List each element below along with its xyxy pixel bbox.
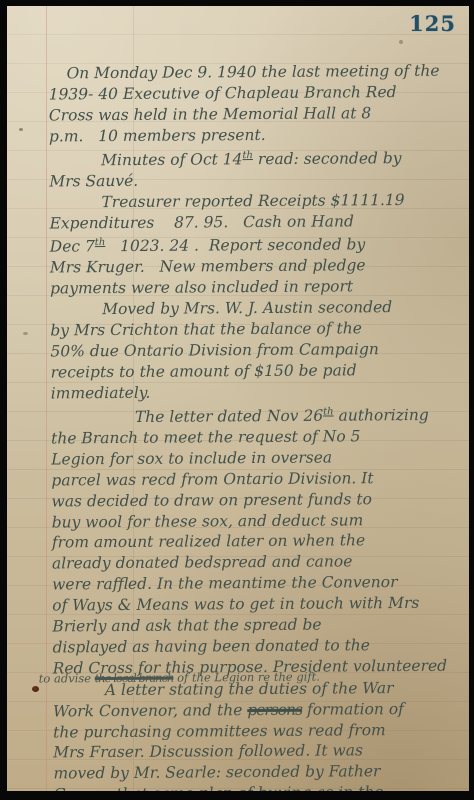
handwritten-line: receipts to the amount of $150 be paid (51, 360, 465, 384)
paper-speck (23, 332, 28, 335)
handwriting-lines: On Monday Dec 9. 1940 the last meeting o… (48, 61, 467, 791)
page-number: 125 (409, 11, 456, 36)
handwritten-line: Dec 7th 1023. 24 . Report seconded by (50, 231, 464, 258)
handwritten-line: was decided to draw on present funds to (51, 488, 465, 512)
handwritten-line: Treasurer reported Receipts $1111.19 (49, 189, 463, 213)
handwritten-line: Mrs Sauvé. (49, 168, 463, 192)
scanned-photo-frame: 125 On Monday Dec 9. 1940 the last meeti… (0, 0, 474, 800)
handwritten-line: displayed as having been donated to the (52, 634, 466, 658)
handwritten-line: were raffled. In the meantime the Conven… (52, 572, 466, 596)
handwritten-line: Cross was held in the Memorial Hall at 8 (49, 102, 463, 126)
handwritten-line: by Mrs Crichton that the balance of the (50, 318, 464, 342)
handwritten-line: from amount realized later on when the (52, 530, 466, 554)
paper-speck (399, 40, 403, 44)
handwritten-line: Mrs Kruger. New members and pledge (50, 255, 464, 279)
paper-speck (19, 128, 23, 131)
ink-stain (32, 686, 39, 692)
handwritten-line: already donated bedspread and canoe (52, 551, 466, 575)
handwritten-line: payments were also included in report (50, 276, 464, 300)
handwritten-line: On Monday Dec 9. 1940 the last meeting o… (48, 61, 462, 85)
handwritten-line: parcel was recd from Ontario Division. I… (51, 467, 465, 491)
handwritten-line: moved by Mr. Searle: seconded by Father (53, 761, 467, 785)
handwritten-line: Brierly and ask that the spread be (52, 614, 466, 638)
handwritten-line: The letter dated Nov 26th authorizing (51, 401, 465, 428)
handwritten-line: 1939- 40 Executive of Chapleau Branch Re… (49, 81, 463, 105)
handwritten-line: Expenditures 87. 95. Cash on Hand (50, 210, 464, 234)
handwritten-line: Legion for sox to include in oversea (51, 446, 465, 470)
handwritten-line: of Ways & Means was to get in touch with… (52, 593, 466, 617)
handwritten-line: Mrs Fraser. Discussion followed. It was (53, 740, 467, 764)
handwritten-line: A letter stating the duties of the War (53, 677, 467, 701)
handwritten-line: the purchasing committees was read from (53, 719, 467, 743)
handwritten-line: 50% due Ontario Division from Campaign (50, 339, 464, 363)
handwritten-line: immediately. (51, 380, 465, 404)
notebook-page: 125 On Monday Dec 9. 1940 the last meeti… (7, 6, 469, 791)
handwritten-line: Work Convenor, and the persons formation… (53, 698, 467, 722)
handwritten-line: buy wool for these sox, and deduct sum (52, 509, 466, 533)
handwritten-line: Moved by Mrs. W. J. Austin seconded (50, 297, 464, 321)
handwritten-line: Minutes of Oct 14th read: seconded by (49, 144, 463, 171)
handwritten-line: p.m. 10 members present. (49, 123, 463, 147)
handwritten-line: the Branch to meet the request of No 5 (51, 425, 465, 449)
